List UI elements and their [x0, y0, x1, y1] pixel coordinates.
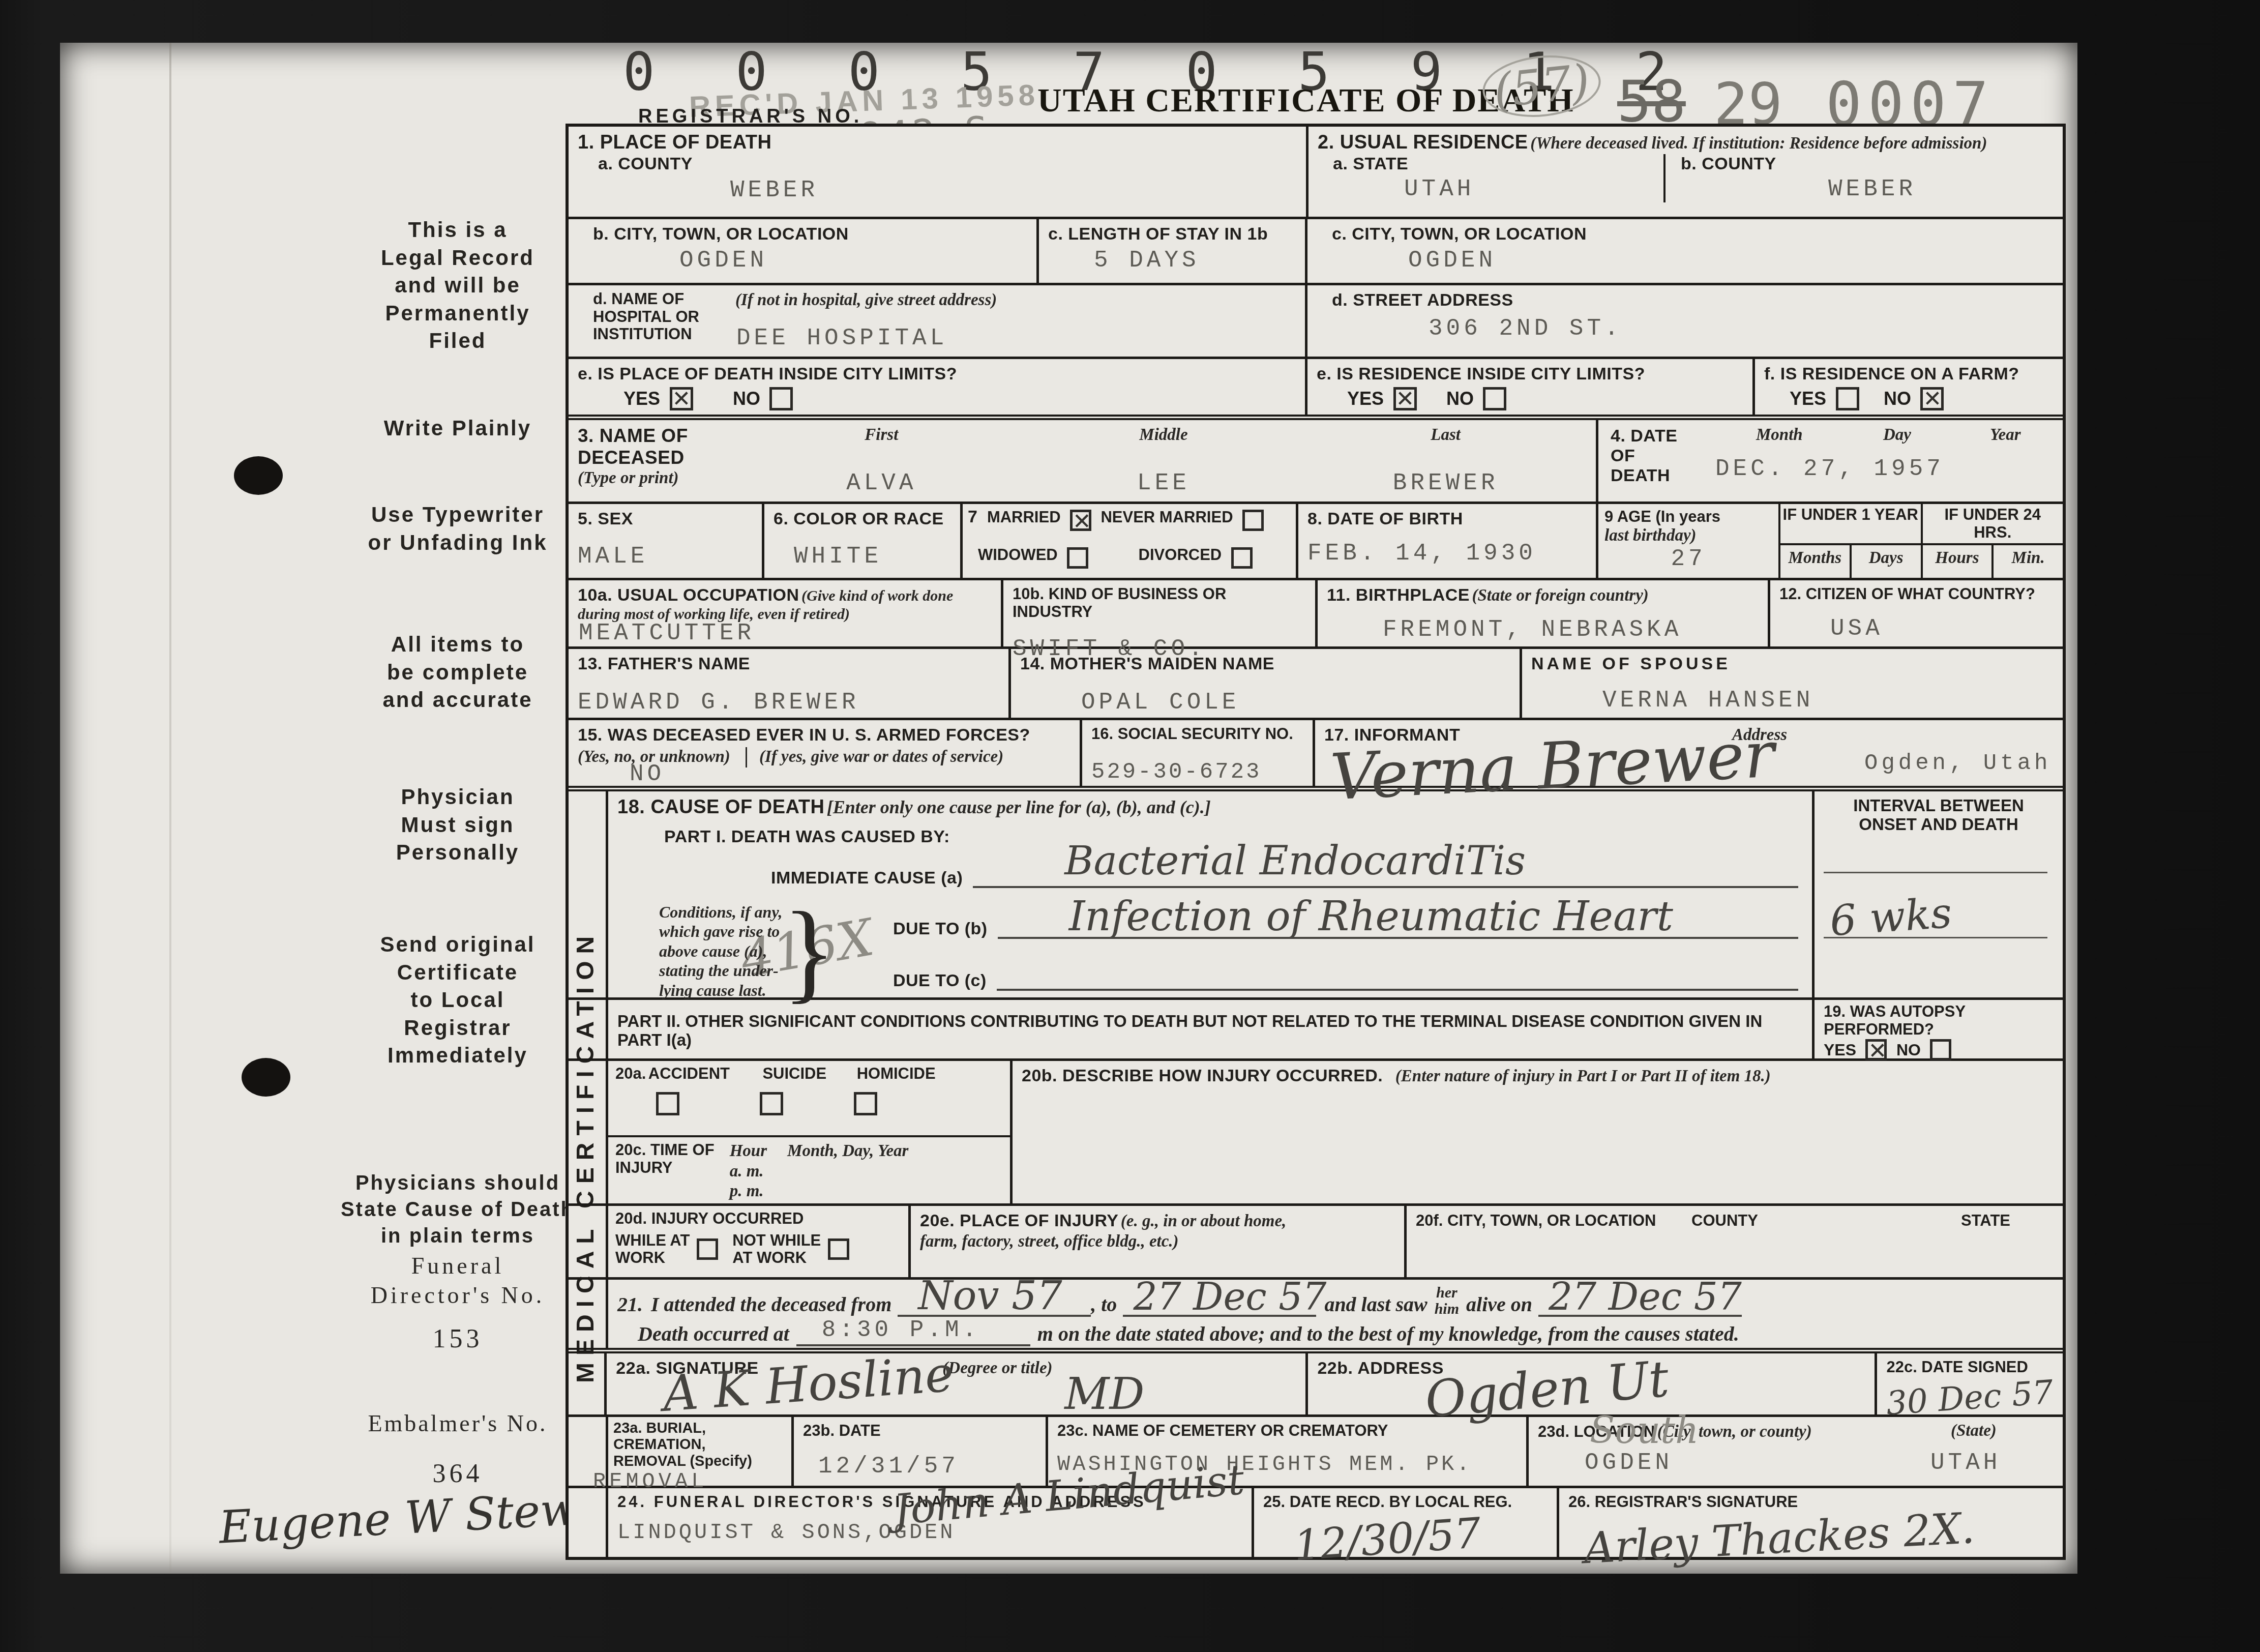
no-label: NO	[1896, 1041, 1921, 1059]
place-of-death-title: 1. PLACE OF DEATH	[578, 132, 772, 153]
margin-write-plainly-note: Write Plainly	[315, 415, 600, 442]
last-saw-text: and last saw	[1324, 1292, 1427, 1317]
interval-line-a	[1824, 872, 2047, 873]
funeral-directors-no-value: 153	[315, 1322, 600, 1355]
birthplace-cell: 11. BIRTHPLACE (State or foreign country…	[1318, 580, 1770, 646]
birthplace-hint: (State or foreign country)	[1472, 586, 1648, 605]
interval-onset-death-cell: INTERVAL BETWEEN ONSET AND DEATH 6 wks	[1815, 791, 2063, 997]
under-1-year-header: IF UNDER 1 YEAR	[1780, 504, 1923, 543]
funeral-director-cell: 24. FUNERAL DIRECTOR'S SIGNATURE AND ADD…	[608, 1488, 1254, 1557]
usual-residence-cell: 2. USUAL RESIDENCE (Where deceased lived…	[1309, 127, 2063, 217]
date-of-birth-label: 8. DATE OF BIRTH	[1307, 509, 1463, 528]
immediate-cause-value-handwriting: Bacterial EndocardiTis	[1064, 838, 1526, 884]
death-city-limits-label: e. IS PLACE OF DEATH INSIDE CITY LIMITS?	[578, 364, 957, 383]
describe-injury-cell: 20b. DESCRIBE HOW INJURY OCCURRED. (Ente…	[1013, 1061, 2063, 1203]
father-name-value: EDWARD G. BREWER	[578, 689, 999, 716]
homicide-label: HOMICIDE	[857, 1065, 936, 1082]
color-race-cell: 6. COLOR OR RACE WHITE	[764, 504, 963, 578]
not-while-at-work-checkbox	[828, 1238, 849, 1260]
while-at-work-checkbox	[697, 1238, 718, 1260]
birthplace-value: FREMONT, NEBRASKA	[1383, 616, 1759, 643]
due-to-c-label: DUE TO (c)	[893, 971, 987, 991]
residence-city-value: OGDEN	[1408, 247, 2054, 274]
attended-to-value: 27 Dec 57	[1133, 1275, 1326, 1319]
married-checkbox: ✕	[1070, 510, 1091, 531]
hole-punch-bottom	[242, 1058, 290, 1097]
type-or-print-hint: (Type or print)	[578, 469, 679, 487]
burial-date-label: 23b. DATE	[803, 1422, 881, 1439]
length-of-stay-cell: c. LENGTH OF STAY IN 1b 5 DAYS	[1039, 219, 1307, 283]
date-of-death-label: 4. DATE OF DEATH	[1611, 426, 1677, 486]
never-married-label: NEVER MARRIED	[1101, 508, 1233, 526]
suicide-label: SUICIDE	[762, 1065, 826, 1082]
occupation-label: 10a. USUAL OCCUPATION	[578, 585, 799, 605]
interval-header: INTERVAL BETWEEN ONSET AND DEATH	[1824, 796, 2054, 834]
color-race-value: WHITE	[794, 543, 951, 570]
death-city-cell: b. CITY, TOWN, OR LOCATION OGDEN	[569, 219, 1039, 283]
birthplace-label: 11. BIRTHPLACE	[1327, 585, 1470, 605]
no-label: NO	[1884, 388, 1911, 409]
registrar-signature-label: 26. REGISTRAR'S SIGNATURE	[1568, 1493, 1798, 1511]
residence-city-limits-yes-checkbox: ✕	[1393, 387, 1417, 410]
date-of-death-value: DEC. 27, 1957	[1715, 456, 1944, 482]
county-value: WEBER	[730, 177, 1297, 203]
alive-on-value: 27 Dec 57	[1549, 1275, 1742, 1319]
accident-num: 20a.	[615, 1065, 646, 1082]
residence-county-value: WEBER	[1828, 176, 2054, 202]
scanned-death-certificate: This is a Legal Record and will be Perma…	[0, 0, 2260, 1652]
county-label: a. COUNTY	[598, 154, 693, 173]
no-label: NO	[1446, 388, 1474, 409]
residence-city-limits-label: e. IS RESIDENCE INSIDE CITY LIMITS?	[1317, 364, 1645, 383]
describe-injury-label: 20b. DESCRIBE HOW INJURY OCCURRED.	[1022, 1066, 1383, 1085]
mother-name-value: OPAL COLE	[1081, 689, 1510, 716]
residence-city-limits-no-checkbox	[1483, 387, 1506, 410]
father-name-cell: 13. FATHER'S NAME EDWARD G. BREWER	[569, 649, 1011, 718]
accident-suicide-homicide-block: 20a. ACCIDENT SUICIDE HOMICIDE	[608, 1061, 1010, 1137]
street-address-value: 306 2ND ST.	[1429, 315, 2054, 342]
burial-date-cell: 23b. DATE 12/31/57	[794, 1417, 1048, 1486]
name-of-deceased-label-block: 3. NAME OF DECEASED (Type or print)	[578, 425, 740, 496]
mother-name-label: 14. MOTHER'S MAIDEN NAME	[1020, 654, 1274, 673]
sex-label: 5. SEX	[578, 509, 633, 528]
residence-state-block: a. STATE UTAH	[1318, 154, 1663, 202]
hospital-cell: d. NAME OF HOSPITAL OR INSTITUTION (If n…	[569, 285, 1307, 357]
attended-from-value: Nov 57	[918, 1273, 1062, 1319]
color-race-label: 6. COLOR OR RACE	[774, 509, 944, 528]
occupation-cell: 10a. USUAL OCCUPATION (Give kind of work…	[569, 580, 1003, 646]
part2-label: PART II. OTHER SIGNIFICANT CONDITIONS CO…	[617, 1012, 1803, 1050]
medical-certification-strip	[569, 1061, 608, 1203]
physician-address-cell: 22b. ADDRESS Ogden Ut	[1308, 1353, 1877, 1414]
last-name-value: BREWER	[1304, 470, 1587, 496]
last-name-col: Last BREWER	[1304, 425, 1587, 496]
place-of-death-county-cell: 1. PLACE OF DEATH a. COUNTY WEBER	[569, 127, 1309, 217]
item-21-num: 21.	[617, 1292, 643, 1317]
industry-cell: 10b. KIND OF BUSINESS OR INDUSTRY SWIFT …	[1003, 580, 1318, 646]
medical-certification-strip	[569, 1280, 608, 1348]
spouse-value: VERNA HANSEN	[1602, 687, 2054, 714]
age-cell: 9 AGE (In years last birthday) 27 IF UND…	[1598, 504, 2063, 578]
cemetery-state-hint: (State)	[1951, 1421, 1997, 1441]
time-of-injury-block: 20c. TIME OF INJURY Hour a. m. p. m. Mon…	[608, 1137, 1010, 1206]
margin-send-original-note: Send original Certificate to Local Regis…	[315, 931, 600, 1070]
cemetery-state-value: UTAH	[1930, 1450, 2001, 1476]
residence-city-limits-cell: e. IS RESIDENCE INSIDE CITY LIMITS? YES …	[1307, 359, 1755, 415]
father-name-label: 13. FATHER'S NAME	[578, 654, 750, 673]
residence-state-value: UTAH	[1404, 176, 1663, 202]
medical-certification-strip	[569, 791, 608, 997]
her-him-text: her him	[1435, 1285, 1459, 1317]
spouse-cell: NAME OF SPOUSE VERNA HANSEN	[1522, 649, 2063, 718]
date-signed-handwriting: 30 Dec 57	[1885, 1373, 2055, 1423]
residence-city-label: c. CITY, TOWN, OR LOCATION	[1332, 224, 1587, 244]
margin-physician-sign-note: Physician Must sign Personally	[315, 783, 600, 867]
sex-cell: 5. SEX MALE	[569, 504, 764, 578]
part2-cell: PART II. OTHER SIGNIFICANT CONDITIONS CO…	[608, 1000, 1815, 1058]
autopsy-no-checkbox	[1930, 1039, 1951, 1060]
residence-farm-cell: f. IS RESIDENCE ON A FARM? YES NO ✕	[1755, 359, 2063, 415]
death-city-limits-cell: e. IS PLACE OF DEATH INSIDE CITY LIMITS?…	[569, 359, 1307, 415]
armed-forces-hint-2: (If yes, give war or dates of service)	[746, 747, 1003, 768]
cemetery-location-pencil: South	[1590, 1409, 1699, 1452]
armed-forces-cell: 15. WAS DECEASED EVER IN U. S. ARMED FOR…	[569, 720, 1082, 786]
length-of-stay-value: 5 DAYS	[1094, 247, 1296, 274]
armed-forces-label: 15. WAS DECEASED EVER IN U. S. ARMED FOR…	[578, 725, 1030, 745]
death-city-limits-yes-checkbox: ✕	[670, 387, 693, 410]
age-under-block: IF UNDER 1 YEAR IF UNDER 24 HRS. Months …	[1778, 504, 2063, 578]
widowed-label: WIDOWED	[978, 546, 1058, 564]
ssn-cell: 16. SOCIAL SECURITY NO. 529-30-6723	[1082, 720, 1315, 786]
autopsy-label: 19. WAS AUTOPSY PERFORMED?	[1824, 1002, 1966, 1038]
name-of-deceased-label: 3. NAME OF DECEASED	[578, 425, 688, 468]
accident-checkbox	[656, 1092, 679, 1115]
divorced-label: DIVORCED	[1139, 546, 1222, 564]
citizen-cell: 12. CITIZEN OF WHAT COUNTRY? USA	[1770, 580, 2063, 646]
min-header: Min.	[1994, 545, 2063, 578]
middle-name-col: Middle LEE	[1023, 425, 1305, 496]
residence-farm-label: f. IS RESIDENCE ON A FARM?	[1764, 364, 2019, 383]
yes-label: YES	[1347, 388, 1384, 409]
length-of-stay-label: c. LENGTH OF STAY IN 1b	[1048, 224, 1268, 244]
date-received-cell: 25. DATE RECD. BY LOCAL REG. 12/30/57	[1254, 1488, 1559, 1557]
age-label-1: 9 AGE (In years	[1604, 508, 1720, 525]
residence-farm-no-checkbox: ✕	[1920, 387, 1944, 410]
industry-label: 10b. KIND OF BUSINESS OR INDUSTRY	[1013, 585, 1226, 621]
hours-header: Hours	[1923, 545, 1994, 578]
injury-location-cell: 20f. CITY, TOWN, OR LOCATION COUNTY STAT…	[1407, 1206, 2063, 1277]
cause-of-death-title: 18. CAUSE OF DEATH	[617, 796, 824, 818]
alive-on-text: alive on	[1466, 1292, 1532, 1317]
middle-name-header: Middle	[1023, 425, 1305, 446]
hospital-label: d. NAME OF HOSPITAL OR INSTITUTION	[593, 290, 735, 343]
due-to-b-label: DUE TO (b)	[893, 919, 988, 939]
informant-cell: 17. INFORMANT Address Verna Brewer Ogden…	[1315, 720, 2063, 786]
months-header: Months	[1780, 545, 1852, 578]
medical-certification-strip	[569, 1206, 608, 1277]
cause-of-death-title-hint: [Enter only one cause per line for (a), …	[827, 797, 1211, 817]
injury-city-label: 20f. CITY, TOWN, OR LOCATION	[1416, 1212, 1656, 1230]
occupation-value: MEATCUTTER	[579, 620, 755, 646]
first-name-col: First ALVA	[740, 425, 1023, 496]
date-of-death-cell: 4. DATE OF DEATH Month Day Year DEC. 27,…	[1598, 420, 2063, 501]
street-address-cell: d. STREET ADDRESS 306 2ND ST.	[1307, 285, 2063, 357]
sex-value: MALE	[578, 543, 753, 570]
spouse-label: NAME OF SPOUSE	[1531, 654, 1731, 673]
death-city-label: b. CITY, TOWN, OR LOCATION	[593, 224, 849, 244]
usual-residence-title: 2. USUAL RESIDENCE	[1318, 132, 1528, 153]
cemetery-location-cell: 23d. LOCATION (City, town, or county) (S…	[1529, 1417, 2063, 1486]
funeral-directors-no-label: Funeral Director's No.	[315, 1251, 600, 1310]
medical-certification-strip	[569, 1000, 608, 1058]
due-to-c-blank-line	[997, 959, 1798, 991]
residence-state-label: a. STATE	[1333, 154, 1408, 173]
death-city-limits-no-checkbox	[769, 387, 793, 410]
first-name-header: First	[740, 425, 1023, 446]
date-received-label: 25. DATE RECD. BY LOCAL REG.	[1263, 1493, 1512, 1511]
residence-county-label: b. COUNTY	[1681, 154, 1776, 173]
burial-label-1: 23a. BURIAL, CREMATION,	[613, 1420, 706, 1453]
medical-certification-strip	[569, 1353, 607, 1414]
embalmers-no-label: Embalmer's No.	[315, 1409, 600, 1438]
degree-or-title-hint: (Degree or title)	[942, 1359, 1052, 1379]
physician-signature-handwriting: A K Hosline	[661, 1345, 956, 1423]
no-label: NO	[733, 388, 760, 409]
place-of-injury-cell: 20e. PLACE OF INJURY (e. g., in or about…	[911, 1206, 1407, 1277]
ssn-value: 529-30-6723	[1091, 759, 1303, 785]
citizen-value: USA	[1830, 615, 2054, 642]
medical-certification-strip	[569, 1488, 608, 1557]
conditions-brace: }	[782, 906, 836, 996]
date-signed-label: 22c. DATE SIGNED	[1886, 1358, 2028, 1376]
burial-date-value: 12/31/57	[818, 1453, 1036, 1480]
attended-statement-cell: 21. I attended the deceased from Nov 57 …	[608, 1280, 2063, 1348]
paper-crease	[169, 43, 171, 1574]
attended-to-text: , to	[1091, 1292, 1117, 1317]
cemetery-location-value: OGDEN	[1585, 1450, 1673, 1476]
age-label-2: last birthday)	[1604, 526, 1697, 545]
hospital-value: DEE HOSPITAL	[736, 325, 947, 351]
margin-typewriter-note: Use Typewriter or Unfading Ink	[315, 501, 600, 556]
registrar-signature-cell: 26. REGISTRAR'S SIGNATURE Arley Thackes …	[1559, 1488, 2063, 1557]
time-of-injury-hour: Hour a. m. p. m.	[730, 1141, 767, 1202]
immediate-cause-label: IMMEDIATE CAUSE (a)	[771, 868, 963, 888]
injury-county-label: COUNTY	[1691, 1212, 1758, 1230]
burial-type-cell: 23a. BURIAL, CREMATION, REMOVAL (Specify…	[608, 1417, 794, 1486]
marital-status-cell: 7 MARRIED ✕ NEVER MARRIED WIDOWED DIVORC…	[963, 504, 1298, 578]
married-label: MARRIED	[987, 508, 1061, 526]
age-value: 27	[1604, 546, 1772, 572]
middle-name-value: LEE	[1023, 470, 1305, 496]
not-while-at-work-label: NOT WHILE AT WORK	[732, 1232, 821, 1267]
due-to-b-value-handwriting: Infection of Rheumatic Heart	[1069, 893, 1673, 940]
cemetery-label: 23c. NAME OF CEMETERY OR CREMATORY	[1057, 1422, 1388, 1439]
interval-b-value-handwriting: 6 wks	[1828, 889, 1953, 946]
injury-occurred-cell: 20d. INJURY OCCURRED WHILE AT WORK NOT W…	[608, 1206, 911, 1277]
physician-degree-handwriting: MD	[1064, 1369, 1144, 1420]
residence-farm-yes-checkbox	[1836, 387, 1859, 410]
mother-name-cell: 14. MOTHER'S MAIDEN NAME OPAL COLE	[1011, 649, 1522, 718]
death-time-value: 8:30 P.M.	[822, 1317, 980, 1343]
age-label-block: 9 AGE (In years last birthday) 27	[1598, 504, 1778, 578]
last-name-header: Last	[1304, 425, 1587, 446]
days-header: Days	[1852, 545, 1923, 578]
street-address-label: d. STREET ADDRESS	[1332, 290, 1513, 310]
year-header: Year	[1990, 425, 2021, 446]
ssn-label: 16. SOCIAL SECURITY NO.	[1091, 725, 1293, 743]
autopsy-yes-checkbox: ✕	[1865, 1039, 1887, 1060]
cause-of-death-cell: 18. CAUSE OF DEATH [Enter only one cause…	[608, 791, 1815, 997]
armed-forces-value: NO	[630, 761, 665, 787]
margin-legal-record-note: This is a Legal Record and will be Perma…	[315, 216, 600, 355]
attended-from-text: I attended the deceased from	[651, 1292, 891, 1317]
yes-label: YES	[623, 388, 660, 409]
yes-label: YES	[1790, 388, 1826, 409]
date-signed-cell: 22c. DATE SIGNED 30 Dec 57	[1877, 1353, 2063, 1414]
time-of-injury-mdy: Month, Day, Year	[787, 1141, 908, 1202]
month-header: Month	[1756, 425, 1803, 446]
burial-label-2: REMOVAL (Specify)	[613, 1453, 752, 1469]
injury-state-label: STATE	[1961, 1212, 2010, 1230]
day-header: Day	[1883, 425, 1911, 446]
margin-all-items-note: All items to be complete and accurate	[315, 631, 600, 714]
suicide-checkbox	[760, 1092, 783, 1115]
divorced-checkbox	[1231, 547, 1253, 569]
citizen-label: 12. CITIZEN OF WHAT COUNTRY?	[1779, 585, 2035, 603]
part1-label: PART I. DEATH WAS CAUSED BY:	[664, 827, 950, 847]
place-of-injury-label: 20e. PLACE OF INJURY	[920, 1211, 1118, 1230]
marital-num: 7	[968, 507, 977, 526]
accident-label: ACCIDENT	[648, 1065, 730, 1082]
hole-punch-top	[234, 456, 283, 495]
date-of-birth-cell: 8. DATE OF BIRTH FEB. 14, 1930	[1298, 504, 1598, 578]
homicide-checkbox	[854, 1092, 877, 1115]
first-name-value: ALVA	[740, 470, 1023, 496]
physician-signature-cell: 22a. SIGNATURE (Degree or title) A K Hos…	[607, 1353, 1308, 1414]
time-of-injury-label: 20c. TIME OF INJURY	[615, 1141, 715, 1202]
autopsy-cell: 19. WAS AUTOPSY PERFORMED? YES ✕ NO	[1815, 1000, 2063, 1058]
causes-stated-text: m on the date stated above; and to the b…	[1037, 1322, 1739, 1346]
certificate-form: MEDICAL CERTIFICATION 1. PLACE OF DEATH …	[566, 124, 2066, 1560]
usual-residence-hint: (Where deceased lived. If institution: R…	[1530, 134, 1987, 153]
residence-county-block: b. COUNTY WEBER	[1663, 154, 2054, 202]
describe-injury-hint: (Enter nature of injury in Part I or Par…	[1395, 1067, 1771, 1085]
never-married-checkbox	[1242, 510, 1264, 531]
date-of-birth-value: FEB. 14, 1930	[1307, 540, 1587, 567]
name-of-deceased-cell: 3. NAME OF DECEASED (Type or print) Firs…	[569, 420, 1598, 501]
yes-label: YES	[1824, 1041, 1856, 1059]
injury-occurred-label: 20d. INJURY OCCURRED	[615, 1209, 804, 1227]
accident-time-cell: 20a. ACCIDENT SUICIDE HOMICIDE 20c. TIME…	[608, 1061, 1013, 1203]
informant-address-value: Ogden, Utah	[1864, 751, 2051, 776]
widowed-checkbox	[1067, 547, 1088, 569]
while-at-work-label: WHILE AT WORK	[615, 1232, 690, 1267]
conditions-note: Conditions, if any, which gave rise to a…	[659, 902, 782, 1000]
death-occurred-text: Death occurred at	[638, 1322, 789, 1346]
death-city-value: OGDEN	[679, 247, 1027, 274]
under-24-hrs-header: IF UNDER 24 HRS.	[1923, 504, 2063, 543]
residence-city-cell: c. CITY, TOWN, OR LOCATION OGDEN	[1307, 219, 2063, 283]
